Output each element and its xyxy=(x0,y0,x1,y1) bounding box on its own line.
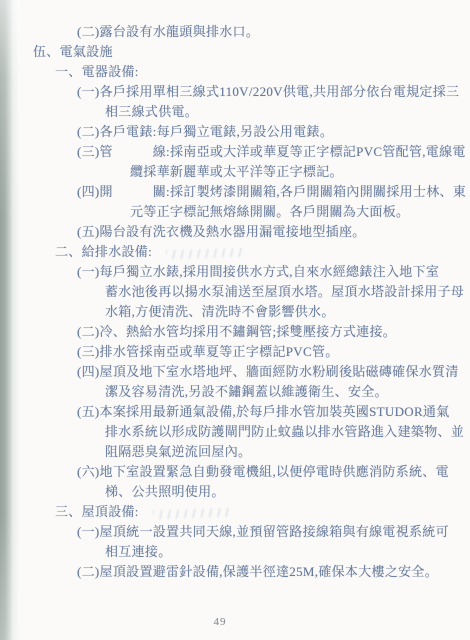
line-text: (一)屋頂統一設置共同天線,並預留管路接線箱與有線電視系統可 xyxy=(77,524,449,539)
line-text: (六)地下室設置緊急自動發電機組,以便停電時供應消防系統、電 xyxy=(77,464,449,479)
line-text: 纜採華新麗華或太平洋等正字標記。 xyxy=(130,164,343,179)
document-line: (五)本案採用最新通氣設備,於每戶排水管加裝英國STUDOR通氣 xyxy=(77,402,470,422)
document-line: (三)管 線:採南亞或大洋或華夏等正字標記PVC管配管,電線電 xyxy=(77,142,470,162)
document-lines: (二)露台設有水龍頭與排水口。伍、電氣設施一、電器設備:(一)各戶採用單相三線式… xyxy=(0,22,470,582)
document-line: (二)冷、熱給水管均採用不鏽鋼管;採雙壓接方式連接。 xyxy=(77,322,470,342)
line-text: (三)管 線:採南亞或大洋或華夏等正字標記PVC管配管,電線電 xyxy=(77,144,466,159)
document-line: (五)陽台設有洗衣機及熱水器用漏電接地型插座。 xyxy=(77,222,470,242)
document-line: (三)排水管採南亞或華夏等正字標記PVC管。 xyxy=(77,342,470,362)
line-text: (四)開 關:採訂製烤漆開關箱,各戶開關箱內開關採用士林、東 xyxy=(77,184,466,199)
document-line: 蓄水池後再以揚水泵浦送至屋頂水塔。屋頂水塔設計採用子母 xyxy=(105,282,470,302)
line-text: 元等正字標記無熔絲開關。各戶開關為大面板。 xyxy=(130,204,409,219)
line-text: 蓄水池後再以揚水泵浦送至屋頂水塔。屋頂水塔設計採用子母 xyxy=(105,284,464,299)
line-text: (五)陽台設有洗衣機及熱水器用漏電接地型插座。 xyxy=(77,224,366,239)
document-line: 一、電器設備: xyxy=(55,62,470,82)
line-text: 相互連接。 xyxy=(105,544,172,559)
document-line: (一)各戶採用單相三線式110V/220V供電,共用部分依台電規定採三 xyxy=(77,82,470,102)
line-text: (一)每戶獨立水錶,採用間接供水方式,自來水經總錶注入地下室 xyxy=(77,264,439,279)
document-line: (四)屋頂及地下室水塔地坪、牆面經防水粉刷後貼磁磚確保水質清 xyxy=(77,362,470,382)
document-line: 排水系統以形成防護閘門防止蚊蟲以排水管路進入建築物、並 xyxy=(105,422,470,442)
line-text: 二、給排水設備: xyxy=(55,244,152,259)
document-line: 纜採華新麗華或太平洋等正字標記。 xyxy=(130,162,470,182)
line-text: (四)屋頂及地下室水塔地坪、牆面經防水粉刷後貼磁磚確保水質清 xyxy=(77,364,459,379)
document-line: 元等正字標記無熔絲開關。各戶開關為大面板。 xyxy=(130,202,470,222)
document-line: (二)露台設有水龍頭與排水口。 xyxy=(77,22,470,42)
document-line: (一)每戶獨立水錶,採用間接供水方式,自來水經總錶注入地下室 xyxy=(77,262,470,282)
document-line: 梯、公共照明使用。 xyxy=(105,482,470,502)
document-line: 二、給排水設備: xyxy=(55,242,470,262)
line-text: 水箱,方便清洗、清洗時不會影響供水。 xyxy=(105,304,335,319)
line-text: 相三線式供電。 xyxy=(105,104,198,119)
document-line: 阻隔惡臭氣逆流回屋內。 xyxy=(105,442,470,462)
document-line: 潔及容易清洗,另設不鏽鋼蓋以維護衛生、安全。 xyxy=(105,382,470,402)
pencil-smudge xyxy=(153,507,233,519)
document-line: 相三線式供電。 xyxy=(105,102,470,122)
document-line: 三、屋頂設備: xyxy=(55,502,470,522)
scanned-document-page: (二)露台設有水龍頭與排水口。伍、電氣設施一、電器設備:(一)各戶採用單相三線式… xyxy=(0,0,470,640)
document-line: 伍、電氣設施 xyxy=(33,42,470,62)
line-text: 梯、公共照明使用。 xyxy=(105,484,225,499)
line-text: (二)屋頂設置避雷針設備,保護半徑達25M,確保本大樓之安全。 xyxy=(77,564,438,579)
document-line: 水箱,方便清洗、清洗時不會影響供水。 xyxy=(105,302,470,322)
line-text: (一)各戶採用單相三線式110V/220V供電,共用部分依台電規定採三 xyxy=(77,84,459,99)
document-line: 相互連接。 xyxy=(105,542,470,562)
line-text: 一、電器設備: xyxy=(55,64,139,79)
document-line: (二)各戶電錶:每戶獨立電錶,另設公用電錶。 xyxy=(77,122,470,142)
line-text: 三、屋頂設備: xyxy=(55,504,139,519)
line-text: (三)排水管採南亞或華夏等正字標記PVC管。 xyxy=(77,344,339,359)
line-text: (二)各戶電錶:每戶獨立電錶,另設公用電錶。 xyxy=(77,124,333,139)
document-line: (六)地下室設置緊急自動發電機組,以便停電時供應消防系統、電 xyxy=(77,462,470,482)
line-text: (五)本案採用最新通氣設備,於每戶排水管加裝英國STUDOR通氣 xyxy=(77,404,450,419)
line-text: 阻隔惡臭氣逆流回屋內。 xyxy=(105,444,251,459)
document-line: (一)屋頂統一設置共同天線,並預留管路接線箱與有線電視系統可 xyxy=(77,522,470,542)
line-text: (二)冷、熱給水管均採用不鏽鋼管;採雙壓接方式連接。 xyxy=(77,324,396,339)
pencil-smudge xyxy=(166,247,246,259)
line-text: (二)露台設有水龍頭與排水口。 xyxy=(77,24,259,39)
page-number: 49 xyxy=(205,616,235,628)
line-text: 潔及容易清洗,另設不鏽鋼蓋以維護衛生、安全。 xyxy=(105,384,388,399)
line-text: 伍、電氣設施 xyxy=(33,44,113,59)
line-text: 排水系統以形成防護閘門防止蚊蟲以排水管路進入建築物、並 xyxy=(105,424,464,439)
document-line: (二)屋頂設置避雷針設備,保護半徑達25M,確保本大樓之安全。 xyxy=(77,562,470,582)
document-line: (四)開 關:採訂製烤漆開關箱,各戶開關箱內開關採用士林、東 xyxy=(77,182,470,202)
